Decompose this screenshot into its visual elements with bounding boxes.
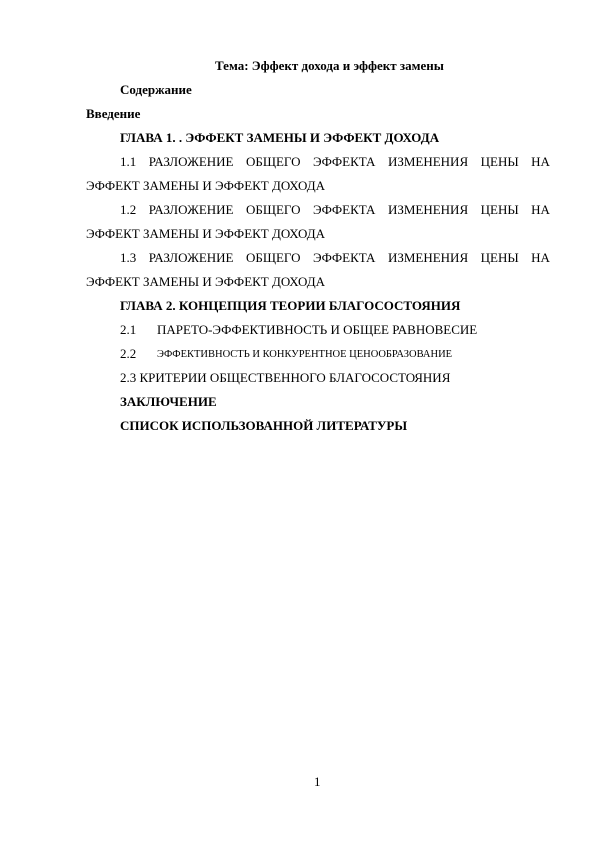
section-word: ОБЩЕГО	[246, 250, 301, 266]
page-number: 1	[314, 774, 321, 790]
toc-section-1-1-continuation: ЭФФЕКТ ЗАМЕНЫ И ЭФФЕКТ ДОХОДА	[86, 178, 325, 194]
toc-chapter-1: ГЛАВА 1. . ЭФФЕКТ ЗАМЕНЫ И ЭФФЕКТ ДОХОДА	[120, 130, 439, 146]
toc-section-2-2-number: 2.2	[120, 346, 136, 362]
section-word: ЦЕНЫ	[481, 154, 519, 170]
section-number: 1.2	[120, 202, 136, 218]
section-word: ОБЩЕГО	[246, 154, 301, 170]
toc-section-1-2: 1.2РАЗЛОЖЕНИЕОБЩЕГОЭФФЕКТАИЗМЕНЕНИЯЦЕНЫН…	[120, 202, 550, 218]
toc-section-2-2-text: ЭФФЕКТИВНОСТЬ И КОНКУРЕНТНОЕ ЦЕНООБРАЗОВ…	[157, 347, 452, 363]
toc-section-1-2-continuation: ЭФФЕКТ ЗАМЕНЫ И ЭФФЕКТ ДОХОДА	[86, 226, 325, 242]
document-title: Тема: Эффект дохода и эффект замены	[215, 58, 444, 74]
contents-heading: Содержание	[120, 82, 192, 98]
section-word: НА	[531, 154, 550, 170]
section-number: 1.1	[120, 154, 136, 170]
section-word: РАЗЛОЖЕНИЕ	[149, 202, 234, 218]
section-word: ЭФФЕКТА	[313, 250, 375, 266]
toc-conclusion: ЗАКЛЮЧЕНИЕ	[120, 394, 217, 410]
toc-intro: Введение	[86, 106, 140, 122]
section-word: РАЗЛОЖЕНИЕ	[149, 154, 234, 170]
section-word: НА	[531, 202, 550, 218]
toc-section-1-3: 1.3РАЗЛОЖЕНИЕОБЩЕГОЭФФЕКТАИЗМЕНЕНИЯЦЕНЫН…	[120, 250, 550, 266]
toc-section-2-1-text: ПАРЕТО-ЭФФЕКТИВНОСТЬ И ОБЩЕЕ РАВНОВЕСИЕ	[157, 322, 477, 338]
section-word: НА	[531, 250, 550, 266]
section-word: ЦЕНЫ	[481, 202, 519, 218]
section-word: РАЗЛОЖЕНИЕ	[149, 250, 234, 266]
section-word: ИЗМЕНЕНИЯ	[388, 250, 468, 266]
section-word: ИЗМЕНЕНИЯ	[388, 202, 468, 218]
toc-section-1-1: 1.1РАЗЛОЖЕНИЕОБЩЕГОЭФФЕКТАИЗМЕНЕНИЯЦЕНЫН…	[120, 154, 550, 170]
toc-section-1-3-continuation: ЭФФЕКТ ЗАМЕНЫ И ЭФФЕКТ ДОХОДА	[86, 274, 325, 290]
section-word: ИЗМЕНЕНИЯ	[388, 154, 468, 170]
section-word: ОБЩЕГО	[246, 202, 301, 218]
section-word: ЭФФЕКТА	[313, 154, 375, 170]
section-word: ЭФФЕКТА	[313, 202, 375, 218]
toc-section-2-1-number: 2.1	[120, 322, 136, 338]
section-word: ЦЕНЫ	[481, 250, 519, 266]
toc-chapter-2: ГЛАВА 2. КОНЦЕПЦИЯ ТЕОРИИ БЛАГОСОСТОЯНИЯ	[120, 298, 460, 314]
toc-section-2-3: 2.3 КРИТЕРИИ ОБЩЕСТВЕННОГО БЛАГОСОСТОЯНИ…	[120, 370, 450, 386]
toc-references: СПИСОК ИСПОЛЬЗОВАННОЙ ЛИТЕРАТУРЫ	[120, 418, 407, 434]
section-number: 1.3	[120, 250, 136, 266]
